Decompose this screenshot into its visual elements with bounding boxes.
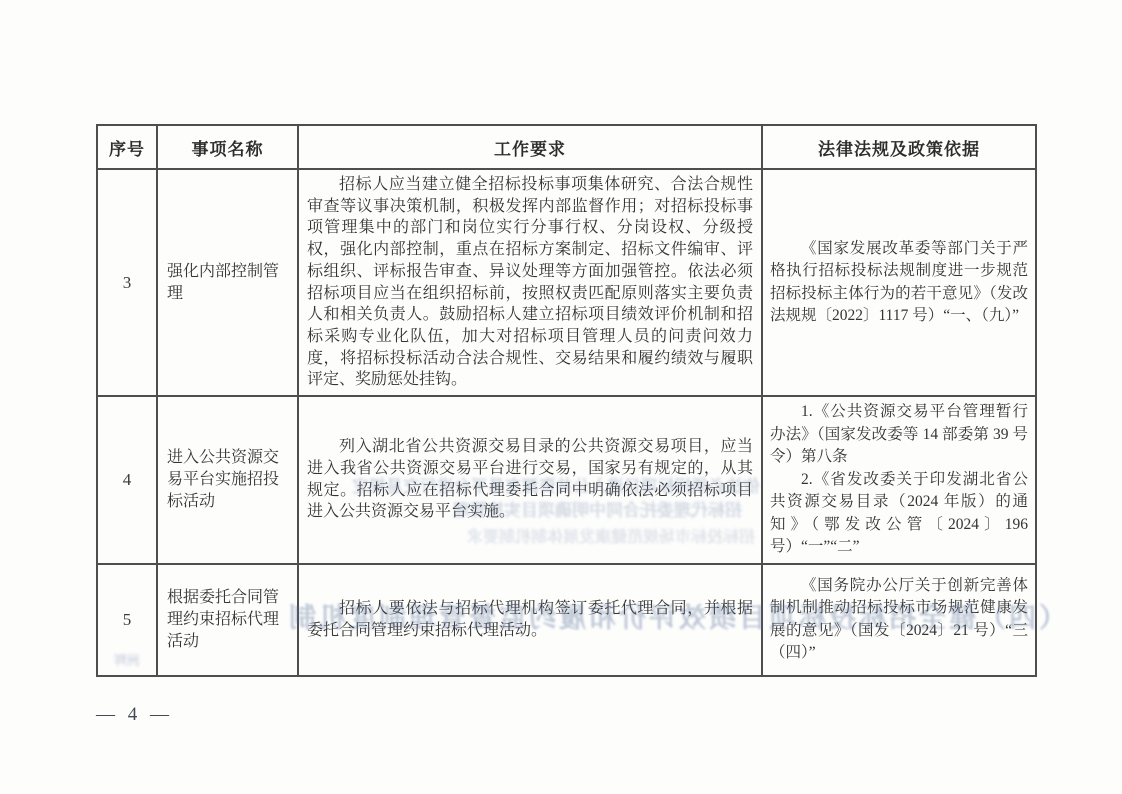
work-requirements-cell: 招标人要依法与招标代理机构签订委托代理合同，并根据委托合同管理约束招标代理活动。	[298, 564, 762, 676]
legal-paragraph: 1.《公共资源交易平台管理暂行办法》（国家发改委等 14 部委第 39 号令）第…	[770, 401, 1028, 469]
legal-paragraph: 2.《省发改委关于印发湖北省公共资源交易目录（2024 年版）的通知》（鄂发改公…	[770, 469, 1028, 559]
item-name-cell: 根据委托合同管理约束招标代理活动	[157, 564, 298, 676]
table-row: 3 强化内部控制管理 招标人应当建立健全招标投标事项集体研究、合法合规性审查等议…	[97, 169, 1036, 396]
legal-basis-cell: 《国家发展改革委等部门关于严格执行招标投标法规制度进一步规范招标投标主体行为的若…	[762, 169, 1036, 396]
legal-paragraph: 《国务院办公厅关于创新完善体制机制推动招标投标市场规范健康发展的意见》（国发〔2…	[770, 575, 1028, 665]
page-number: — 4 —	[96, 704, 173, 726]
requirements-table: 序号 事项名称 工作要求 法律法规及政策依据 3 强化内部控制管理 招标人应当建…	[96, 124, 1037, 677]
legal-paragraph: 《国家发展改革委等部门关于严格执行招标投标法规制度进一步规范招标投标主体行为的若…	[770, 238, 1028, 328]
requirement-paragraph: 列入湖北省公共资源交易目录的公共资源交易项目，应当进入我省公共资源交易平台进行交…	[307, 436, 753, 523]
header-cell-index: 序号	[97, 125, 157, 169]
item-name-cell: 进入公共资源交易平台实施招投标活动	[157, 396, 298, 564]
table-row: 4 进入公共资源交易平台实施招投标活动 列入湖北省公共资源交易目录的公共资源交易…	[97, 396, 1036, 564]
table-row: 5 根据委托合同管理约束招标代理活动 招标人要依法与招标代理机构签订委托代理合同…	[97, 564, 1036, 676]
legal-basis-cell: 《国务院办公厅关于创新完善体制机制推动招标投标市场规范健康发展的意见》（国发〔2…	[762, 564, 1036, 676]
work-requirements-cell: 列入湖北省公共资源交易目录的公共资源交易项目，应当进入我省公共资源交易平台进行交…	[298, 396, 762, 564]
legal-basis-cell: 1.《公共资源交易平台管理暂行办法》（国家发改委等 14 部委第 39 号令）第…	[762, 396, 1036, 564]
header-cell-legal-basis: 法律法规及政策依据	[762, 125, 1036, 169]
requirement-paragraph: 招标人要依法与招标代理机构签订委托代理合同，并根据委托合同管理约束招标代理活动。	[307, 598, 753, 641]
requirement-paragraph: 招标人应当建立健全招标投标事项集体研究、合法合规性审查等议事决策机制，积极发挥内…	[307, 174, 753, 391]
row-index: 3	[97, 169, 157, 396]
row-index: 4	[97, 396, 157, 564]
header-cell-item-name: 事项名称	[157, 125, 298, 169]
row-index: 5	[97, 564, 157, 676]
work-requirements-cell: 招标人应当建立健全招标投标事项集体研究、合法合规性审查等议事决策机制，积极发挥内…	[298, 169, 762, 396]
item-name-cell: 强化内部控制管理	[157, 169, 298, 396]
header-cell-work-requirements: 工作要求	[298, 125, 762, 169]
table-header-row: 序号 事项名称 工作要求 法律法规及政策依据	[97, 125, 1036, 169]
document-page: 序号 事项名称 工作要求 法律法规及政策依据 3 强化内部控制管理 招标人应当建…	[0, 0, 1122, 794]
